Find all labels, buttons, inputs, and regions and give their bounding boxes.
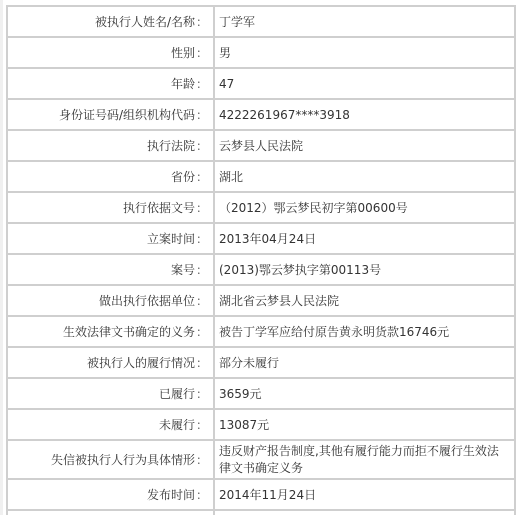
label-text: 身份证号码/组织机构代码 xyxy=(59,108,195,122)
label-cell: 发布时间： xyxy=(7,479,214,510)
colon: ： xyxy=(195,416,209,434)
value-publish-date: 2014年11月24日 xyxy=(214,479,515,510)
page-edge xyxy=(0,0,3,515)
value-cell-empty xyxy=(214,510,515,515)
label-cell: 性别： xyxy=(7,37,214,68)
label-text: 性别 xyxy=(171,46,195,60)
row-province: 省份： 湖北 xyxy=(7,161,515,192)
colon: ： xyxy=(195,385,209,403)
value-age: 47 xyxy=(214,68,515,99)
dishonest-debtor-info-table: 被执行人姓名/名称： 丁学军 性别： 男 年龄： 47 身份证号码/组织机构代码… xyxy=(6,5,516,515)
label-text: 未履行 xyxy=(159,418,195,432)
label-text: 立案时间 xyxy=(147,232,195,246)
label-cell: 立案时间： xyxy=(7,223,214,254)
label-cell: 被执行人姓名/名称： xyxy=(7,6,214,37)
value-court: 云梦县人民法院 xyxy=(214,130,515,161)
value-filing-date: 2013年04月24日 xyxy=(214,223,515,254)
row-id-number: 身份证号码/组织机构代码： 4222261967****3918 xyxy=(7,99,515,130)
label-cell: 案号： xyxy=(7,254,214,285)
value-case-number: (2013)鄂云梦执字第00113号 xyxy=(214,254,515,285)
value-performance-status: 部分未履行 xyxy=(214,347,515,378)
row-issuing-unit: 做出执行依据单位： 湖北省云梦县人民法院 xyxy=(7,285,515,316)
row-cutoff xyxy=(7,510,515,515)
label-cell: 执行法院： xyxy=(7,130,214,161)
row-case-number: 案号： (2013)鄂云梦执字第00113号 xyxy=(7,254,515,285)
colon: ： xyxy=(195,106,209,124)
row-publish-date: 发布时间： 2014年11月24日 xyxy=(7,479,515,510)
value-unperformed-amount: 13087元 xyxy=(214,409,515,440)
label-text: 案号 xyxy=(171,263,195,277)
row-obligation: 生效法律文书确定的义务： 被告丁学军应给付原告黄永明货款16746元 xyxy=(7,316,515,347)
label-text: 被执行人姓名/名称 xyxy=(95,15,195,29)
row-basis-document-no: 执行依据文号： （2012）鄂云梦民初字第00600号 xyxy=(7,192,515,223)
colon: ： xyxy=(195,13,209,31)
row-dishonest-behavior: 失信被执行人行为具体情形： 违反财产报告制度,其他有履行能力而拒不履行生效法律文… xyxy=(7,440,515,479)
colon: ： xyxy=(195,323,209,341)
label-text: 执行法院 xyxy=(147,139,195,153)
colon: ： xyxy=(195,230,209,248)
label-text: 年龄 xyxy=(171,77,195,91)
label-text: 省份 xyxy=(171,170,195,184)
row-gender: 性别： 男 xyxy=(7,37,515,68)
colon: ： xyxy=(195,44,209,62)
label-text: 执行依据文号 xyxy=(123,201,195,215)
value-province: 湖北 xyxy=(214,161,515,192)
colon: ： xyxy=(195,75,209,93)
value-issuing-unit: 湖北省云梦县人民法院 xyxy=(214,285,515,316)
value-performed-amount: 3659元 xyxy=(214,378,515,409)
label-text: 做出执行依据单位 xyxy=(99,294,195,308)
row-performed-amount: 已履行： 3659元 xyxy=(7,378,515,409)
colon: ： xyxy=(195,261,209,279)
value-name: 丁学军 xyxy=(214,6,515,37)
label-cell: 被执行人的履行情况： xyxy=(7,347,214,378)
row-age: 年龄： 47 xyxy=(7,68,515,99)
label-cell: 执行依据文号： xyxy=(7,192,214,223)
colon: ： xyxy=(195,199,209,217)
row-court: 执行法院： 云梦县人民法院 xyxy=(7,130,515,161)
row-unperformed-amount: 未履行： 13087元 xyxy=(7,409,515,440)
row-filing-date: 立案时间： 2013年04月24日 xyxy=(7,223,515,254)
colon: ： xyxy=(195,137,209,155)
value-gender: 男 xyxy=(214,37,515,68)
label-cell: 省份： xyxy=(7,161,214,192)
label-text: 生效法律文书确定的义务 xyxy=(63,325,195,339)
colon: ： xyxy=(195,486,209,504)
label-cell-empty xyxy=(7,510,214,515)
colon: ： xyxy=(195,451,209,469)
value-id-number: 4222261967****3918 xyxy=(214,99,515,130)
row-performance-status: 被执行人的履行情况： 部分未履行 xyxy=(7,347,515,378)
colon: ： xyxy=(195,292,209,310)
label-cell: 做出执行依据单位： xyxy=(7,285,214,316)
colon: ： xyxy=(195,354,209,372)
value-obligation: 被告丁学军应给付原告黄永明货款16746元 xyxy=(214,316,515,347)
value-dishonest-behavior: 违反财产报告制度,其他有履行能力而拒不履行生效法律文书确定义务 xyxy=(214,440,515,479)
label-cell: 已履行： xyxy=(7,378,214,409)
label-text: 失信被执行人行为具体情形 xyxy=(51,453,195,467)
label-cell: 生效法律文书确定的义务： xyxy=(7,316,214,347)
label-cell: 未履行： xyxy=(7,409,214,440)
row-name: 被执行人姓名/名称： 丁学军 xyxy=(7,6,515,37)
value-basis-document-no: （2012）鄂云梦民初字第00600号 xyxy=(214,192,515,223)
label-text: 已履行 xyxy=(159,387,195,401)
colon: ： xyxy=(195,168,209,186)
label-cell: 失信被执行人行为具体情形： xyxy=(7,440,214,479)
label-cell: 年龄： xyxy=(7,68,214,99)
label-text: 被执行人的履行情况 xyxy=(87,356,195,370)
label-cell: 身份证号码/组织机构代码： xyxy=(7,99,214,130)
label-text: 发布时间 xyxy=(147,488,195,502)
